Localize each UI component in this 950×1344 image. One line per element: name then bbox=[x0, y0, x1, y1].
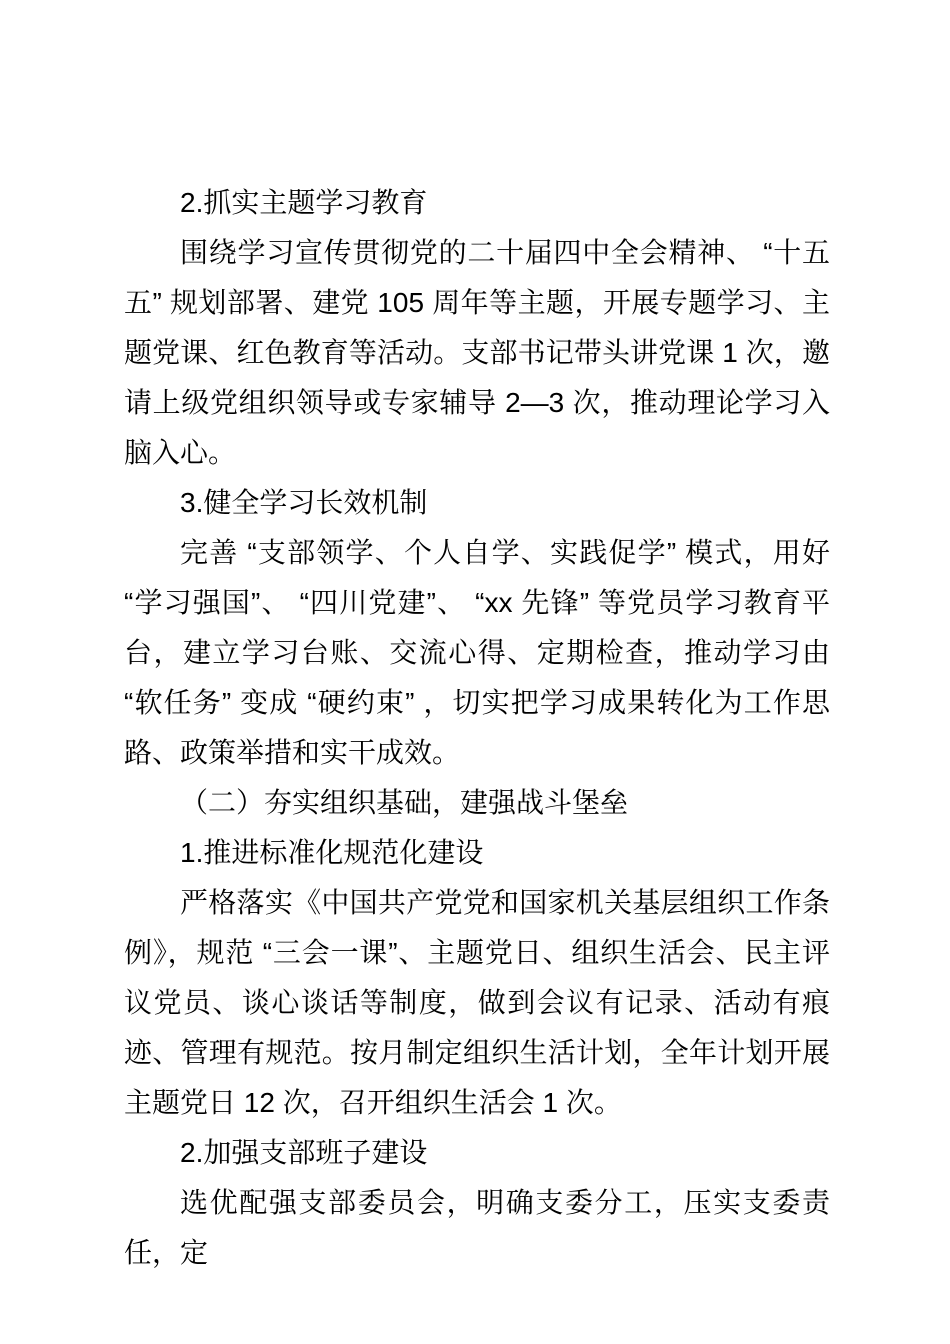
paragraph-learning-mechanism: 完善 “支部领学、个人自学、实践促学” 模式，用好 “学习强国”、 “四川党建”… bbox=[124, 528, 830, 778]
paragraph-branch-team: 选优配强支部委员会，明确支委分工，压实支委责任，定 bbox=[124, 1178, 830, 1278]
paragraph-standardization: 严格落实《中国共产党党和国家机关基层组织工作条例》，规范 “三会一课”、主题党日… bbox=[124, 878, 830, 1128]
heading-learning-mechanism: 3.健全学习长效机制 bbox=[124, 478, 830, 528]
heading-standardization: 1.推进标准化规范化建设 bbox=[124, 828, 830, 878]
heading-grasp-theme-education: 2.抓实主题学习教育 bbox=[124, 178, 830, 228]
paragraph-theme-education: 围绕学习宣传贯彻党的二十届四中全会精神、 “十五五” 规划部署、建党 105 周… bbox=[124, 228, 830, 478]
document-page: 2.抓实主题学习教育 围绕学习宣传贯彻党的二十届四中全会精神、 “十五五” 规划… bbox=[0, 0, 950, 1344]
heading-branch-team: 2.加强支部班子建设 bbox=[124, 1128, 830, 1178]
heading-section-two-organization: （二）夯实组织基础，建强战斗堡垒 bbox=[124, 778, 830, 828]
